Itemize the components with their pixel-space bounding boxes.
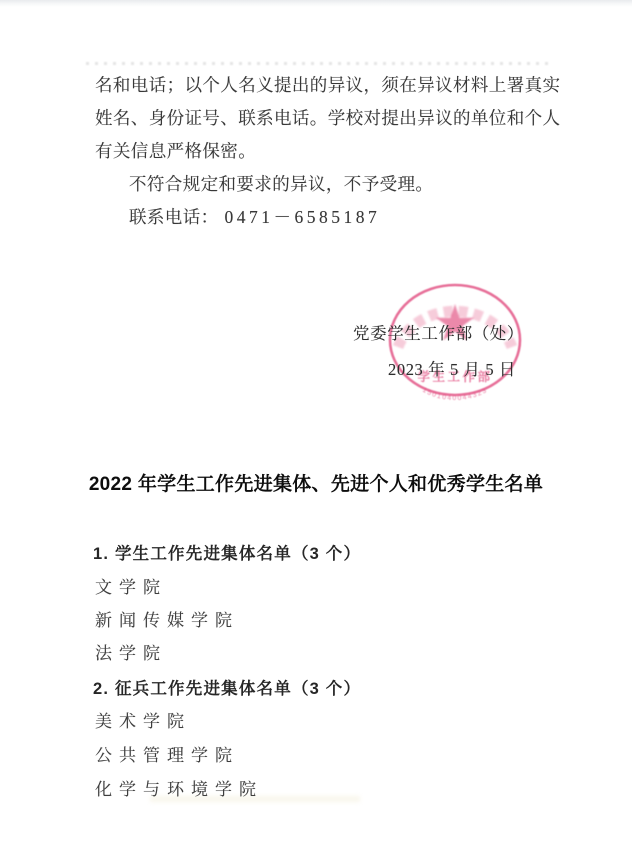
list-item: 公共管理学院: [95, 741, 239, 766]
list-item: 法学院: [95, 639, 167, 664]
section-2-heading: 2. 征兵工作先进集体名单（3 个）: [93, 675, 361, 699]
body-line-4: 不符合规定和要求的异议，不予受理。: [129, 174, 433, 194]
body-line-2: 姓名、身份证号、联系电话。学校对提出异议的单位和个人: [95, 108, 560, 128]
scan-artifact-line: [86, 62, 554, 65]
page-top-shadow: [0, 0, 632, 7]
contact-phone-number: 0471－6585187: [225, 207, 381, 227]
list-item: 化学与环境学院: [95, 775, 263, 800]
contact-line: 联系电话：0471－6585187: [129, 207, 380, 227]
contact-label: 联系电话：: [129, 207, 219, 227]
document-page: 名和电话；以个人名义提出的异议，须在异议材料上署真实 姓名、身份证号、联系电话。…: [0, 0, 632, 868]
section-1-heading: 1. 学生工作先进集体名单（3 个）: [93, 540, 361, 564]
signature-date: 2023 年 5 月 5 日: [388, 356, 516, 380]
list-item: 美术学院: [95, 707, 191, 732]
body-line-3: 有关信息严格保密。: [95, 141, 256, 161]
signature-org: 党委学生工作部（处）: [353, 320, 524, 344]
list-item: 新闻传媒学院: [95, 606, 239, 631]
list-title: 2022 年学生工作先进集体、先进个人和优秀学生名单: [0, 469, 632, 496]
body-line-1: 名和电话；以个人名义提出的异议，须在异议材料上署真实: [95, 75, 560, 95]
list-item: 文学院: [95, 573, 167, 598]
